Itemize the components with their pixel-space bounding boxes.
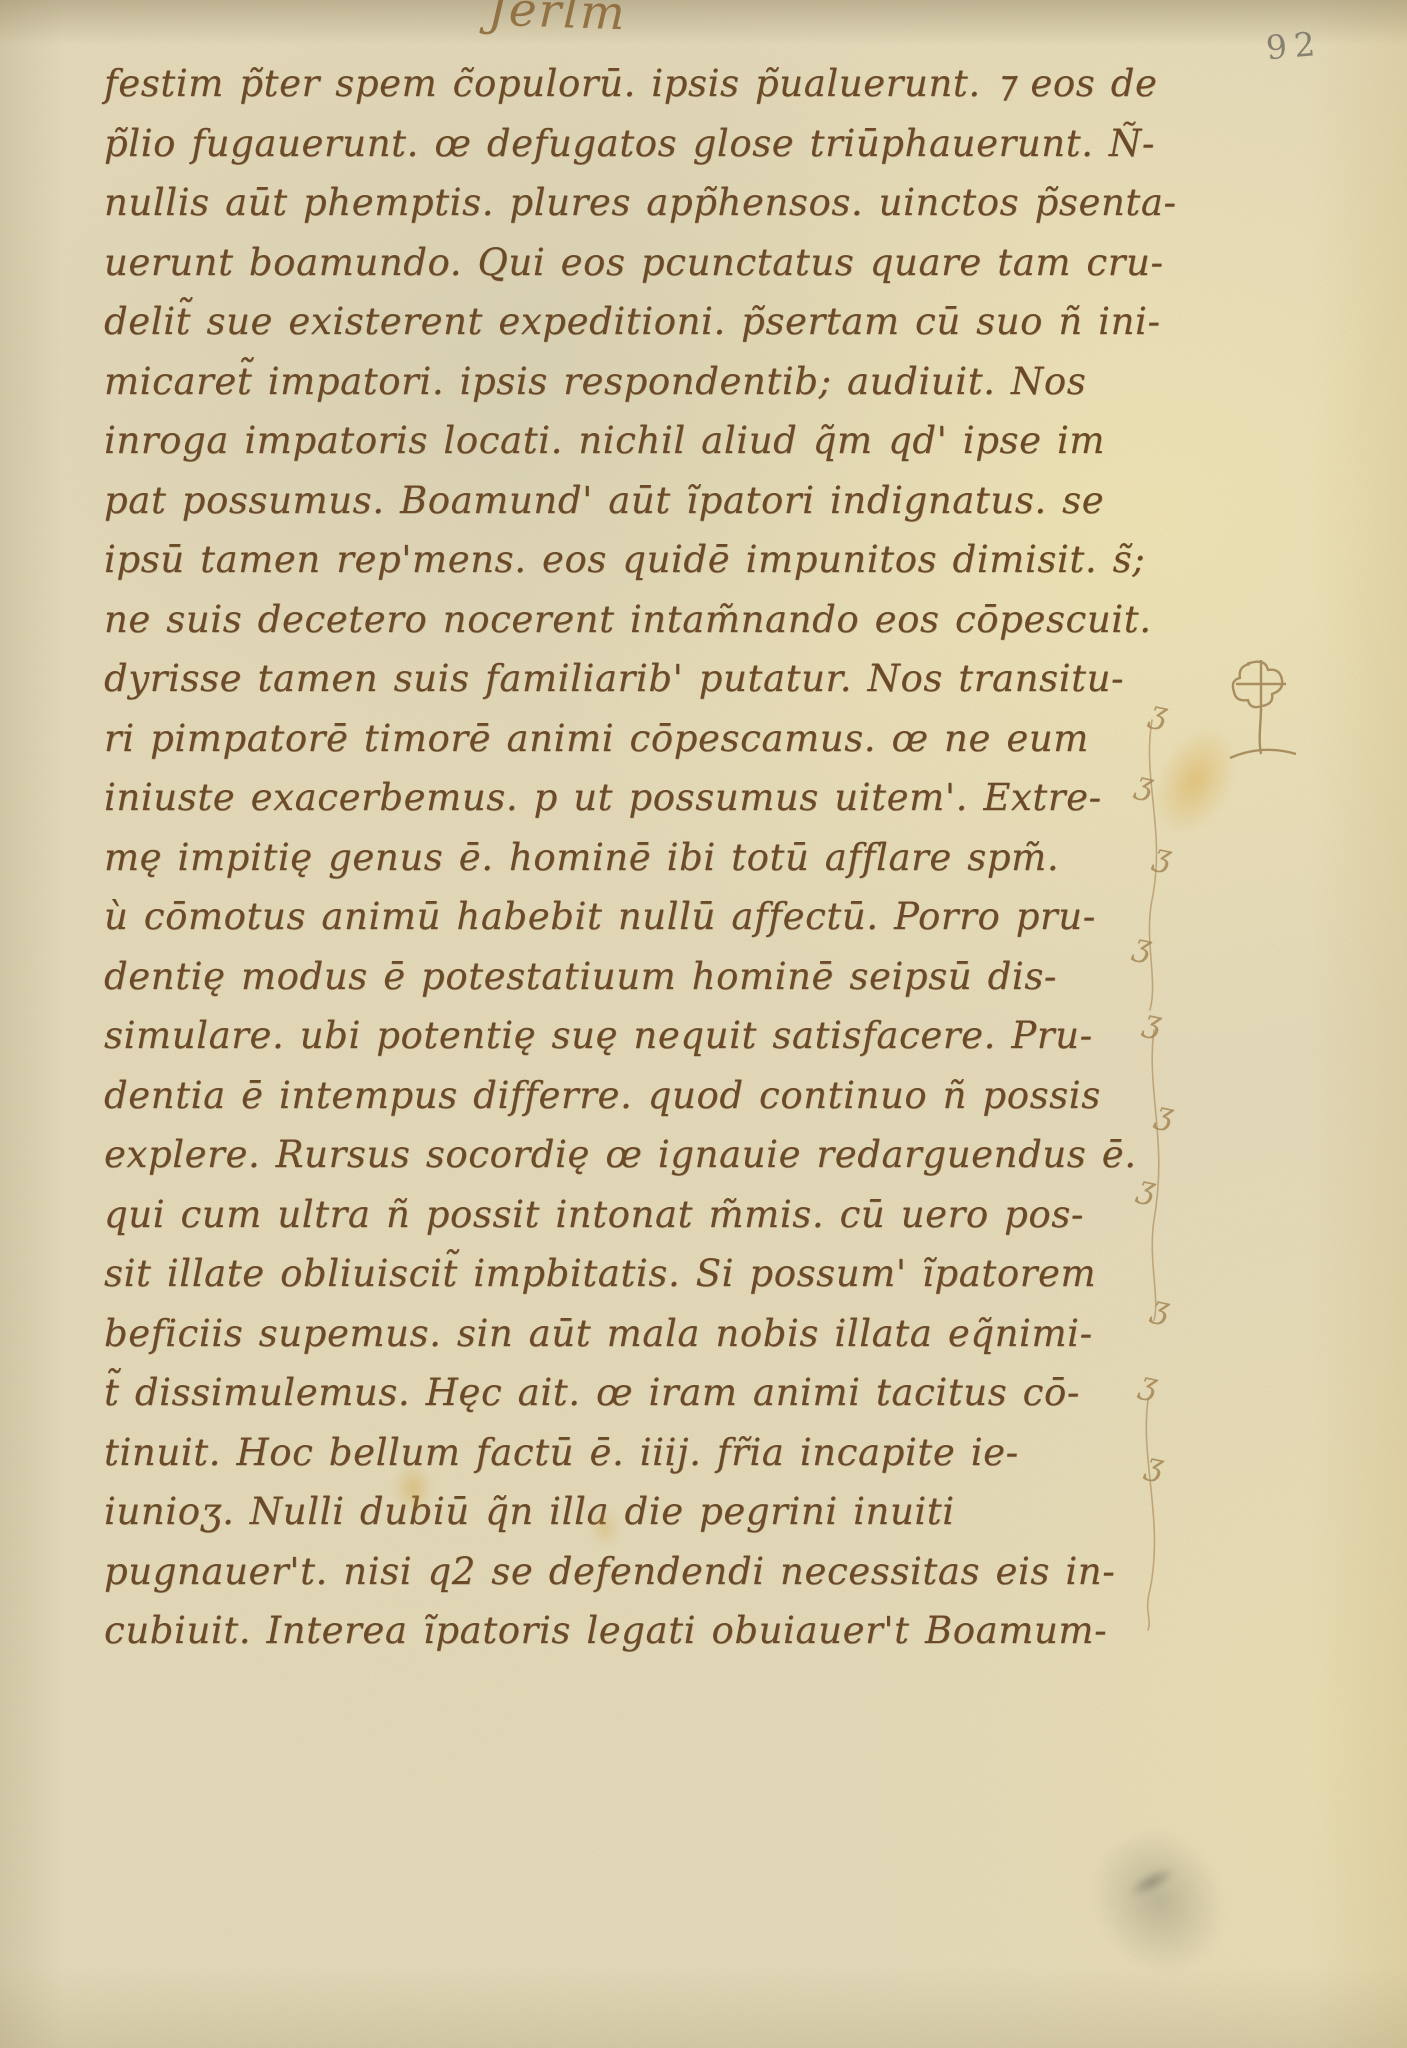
- smudge-stain: [1065, 1808, 1259, 2006]
- manuscript-line: ù cōmotus animū habebit nullū affectū. P…: [104, 887, 1184, 947]
- manuscript-line: uerunt boamundo. Qui eos pcunctatus quar…: [104, 233, 1184, 293]
- manuscript-line: delit̃ sue existerent expeditioni. p̃ser…: [104, 292, 1184, 352]
- manuscript-line: beficiis supemus. sin aūt mala nobis ill…: [104, 1304, 1184, 1364]
- manuscript-line: pugnauer't. nisi q2 se defendendi necess…: [104, 1542, 1184, 1602]
- manuscript-line: dentię modus ē potestatiuum hominē seips…: [104, 947, 1184, 1007]
- manuscript-page: Jerlm̃ 92 festim p̃ter spem c̃opulorū. i…: [0, 0, 1407, 2048]
- text-block: festim p̃ter spem c̃opulorū. ipsis p̃ual…: [104, 54, 1184, 1661]
- folio-number: 92: [1264, 24, 1323, 68]
- manuscript-line: ipsū tamen rep'mens. eos quidē impunitos…: [104, 530, 1184, 590]
- manuscript-line: tinuit. Hoc bellum factū ē. iiij. fr̃ia …: [104, 1423, 1184, 1483]
- manuscript-line: festim p̃ter spem c̃opulorū. ipsis p̃ual…: [104, 54, 1184, 114]
- manuscript-line: nullis aūt phemptis. plures app̃hensos. …: [104, 173, 1184, 233]
- quatrefoil-nota-icon: [1212, 652, 1322, 782]
- manuscript-line: cubiuit. Interea ĩpatoris legati obuiaue…: [104, 1601, 1184, 1661]
- manuscript-line: qui cum ultra ñ possit intonat m̃mis. cū…: [104, 1185, 1184, 1245]
- manuscript-line: iniuste exacerbemus. p ut possumus uitem…: [104, 768, 1184, 828]
- manuscript-line: iunioʒ. Nulli dubiū q̃n illa die pegrini…: [104, 1482, 1184, 1542]
- manuscript-line: inroga impatoris locati. nichil aliud q̃…: [104, 411, 1184, 471]
- manuscript-line: explere. Rursus socordię œ ignauie redar…: [104, 1125, 1184, 1185]
- manuscript-line: ri pimpatorē timorē animi cōpescamus. œ …: [104, 709, 1184, 769]
- manuscript-line: pat possumus. Boamund' aūt ĩpatori indig…: [104, 471, 1184, 531]
- manuscript-line: ne suis decetero nocerent intam̃nando eo…: [104, 590, 1184, 650]
- manuscript-line: dyrisse tamen suis familiarib' putatur. …: [104, 649, 1184, 709]
- manuscript-line: mę impitię genus ē. hominē ibi totū affl…: [104, 828, 1184, 888]
- manuscript-line: simulare. ubi potentię suę nequit satisf…: [104, 1006, 1184, 1066]
- manuscript-line: dentia ē intempus differre. quod continu…: [104, 1066, 1184, 1126]
- manuscript-line: t̃ dissimulemus. Hęc ait. œ iram animi t…: [104, 1363, 1184, 1423]
- manuscript-line: p̃lio fugauerunt. œ defugatos glose triū…: [104, 114, 1184, 174]
- manuscript-line: sit illate obliuiscit̃ impbitatis. Si po…: [104, 1244, 1184, 1304]
- manuscript-line: micaret̃ impatori. ipsis respondentib; a…: [104, 352, 1184, 412]
- running-title: Jerlm̃: [487, 0, 628, 41]
